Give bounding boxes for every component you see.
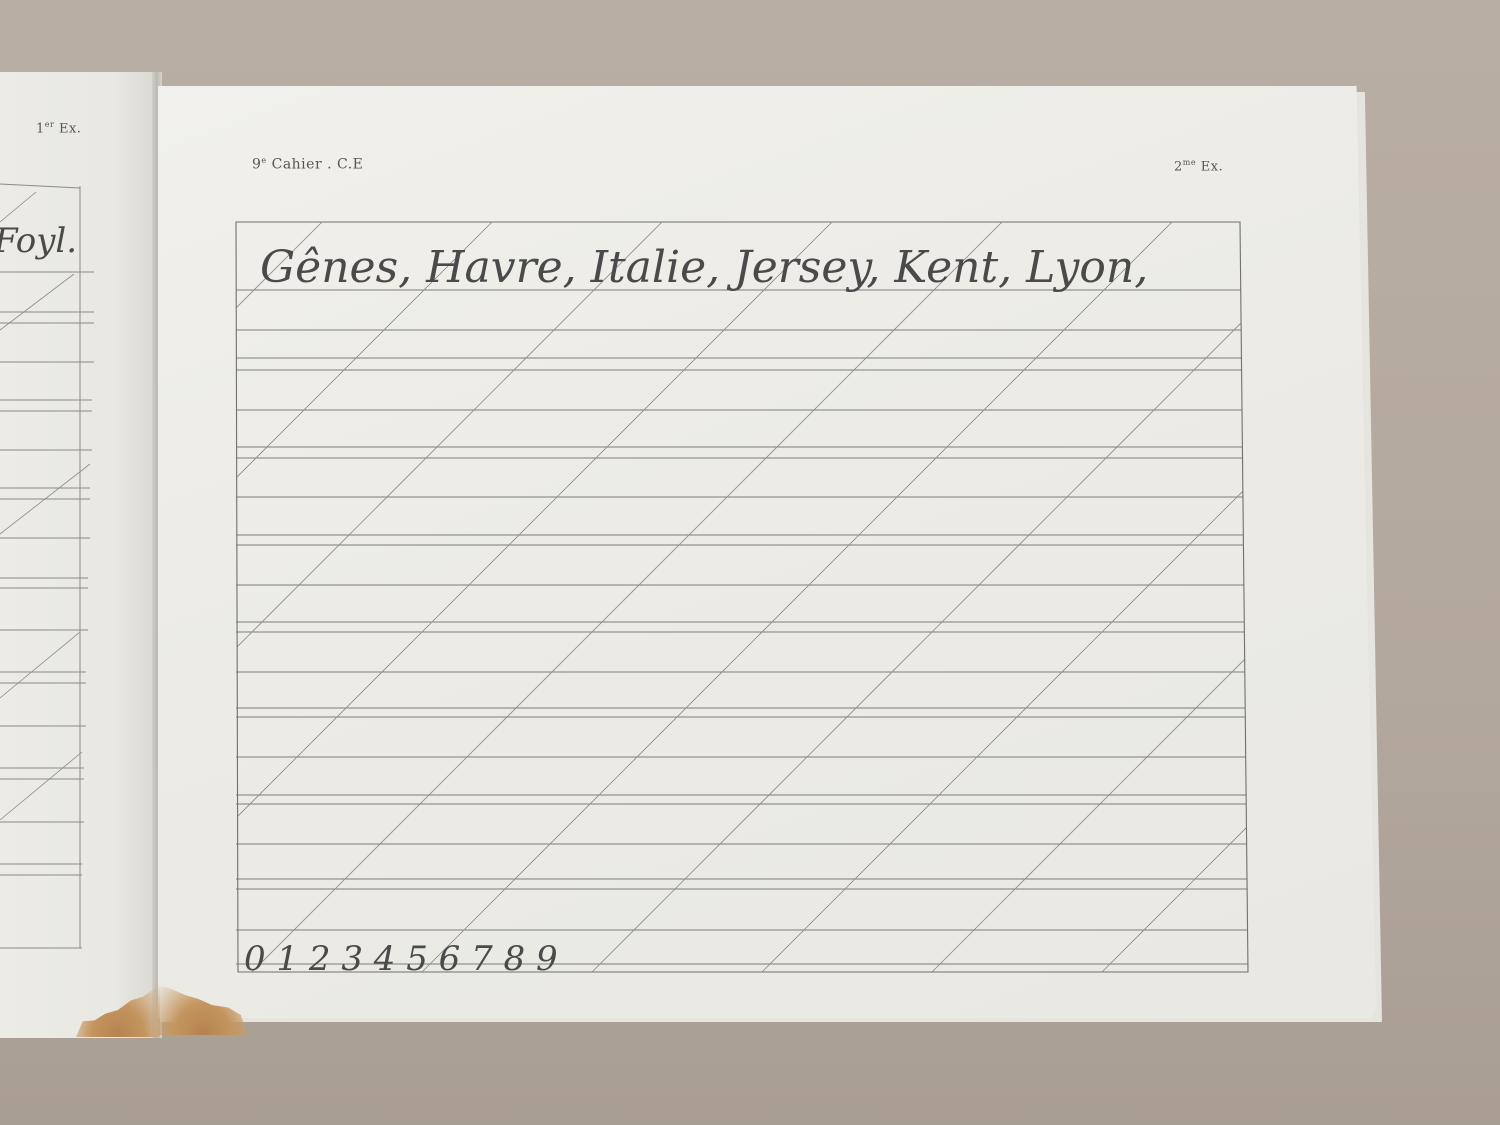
- left-page-ruling: Foyl.: [0, 72, 160, 1038]
- digits-script-line: 0 1 2 3 4 5 6 7 8 9: [244, 939, 558, 979]
- horizontal-rulings: [236, 290, 1248, 964]
- grid-border: [236, 222, 1248, 972]
- model-script-line: Gênes, Havre, Italie, Jersey, Kent, Lyon…: [260, 242, 1148, 293]
- writing-grid: Gênes, Havre, Italie, Jersey, Kent, Lyon…: [158, 86, 1376, 1018]
- left-page: 1er Ex.: [0, 72, 160, 1038]
- left-page-script-word: Foyl.: [0, 221, 77, 261]
- slant-guidelines: [158, 206, 1376, 986]
- right-page: 9e Cahier . C.E 2me Ex. Gênes, Havre, It…: [158, 86, 1376, 1018]
